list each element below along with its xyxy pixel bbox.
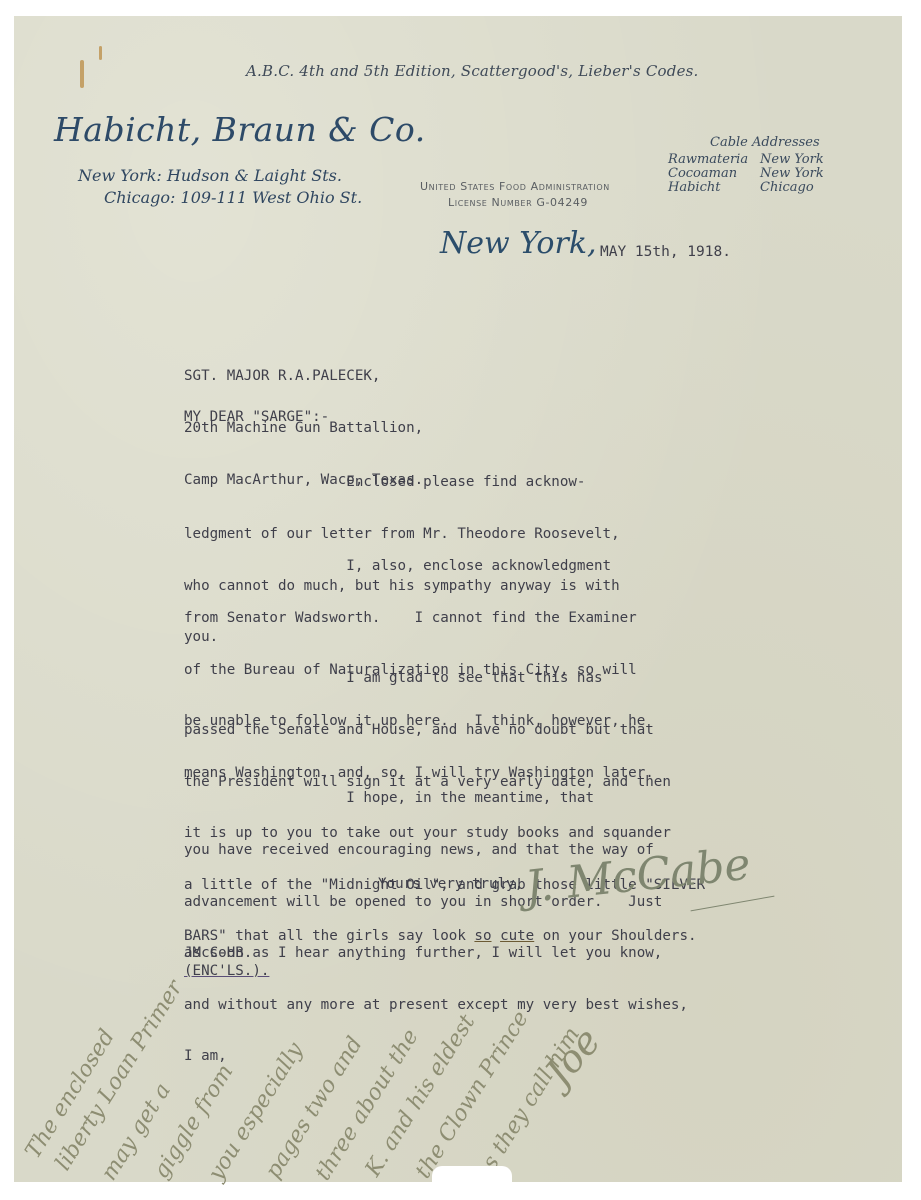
body-line: Enclosed please find acknow- <box>184 474 620 491</box>
reference-initials: JMcC-HB. <box>184 945 252 962</box>
complimentary-close: Yours very truly, <box>378 876 523 893</box>
cable-city: New York <box>760 152 824 167</box>
food-administration-line: United States Food Administration <box>420 180 610 193</box>
cable-name: Rawmateria <box>668 152 760 167</box>
cable-addresses-heading: Cable Addresses <box>710 135 820 150</box>
enclosures-notation: (ENC'LS.). <box>184 963 269 980</box>
paper-tear <box>432 1166 512 1186</box>
cable-city: New York <box>760 166 824 181</box>
body-line: I am glad to see that this has <box>184 670 705 687</box>
addressee-line: SGT. MAJOR R.A.PALECEK, <box>184 368 423 385</box>
cable-address-row: CocoamanNew York <box>668 166 824 181</box>
salutation: MY DEAR "SARGE":- <box>184 409 329 426</box>
firm-name: Habicht, Braun & Co. <box>54 110 426 149</box>
body-line: from Senator Wadsworth. I cannot find th… <box>184 610 654 627</box>
cable-name: Habicht <box>668 180 760 195</box>
telegraph-codes-line: A.B.C. 4th and 5th Edition, Scattergood'… <box>246 62 699 80</box>
body-line: as soon as I hear anything further, I wi… <box>184 945 688 962</box>
body-line: and without any more at present except m… <box>184 997 688 1014</box>
rust-stain <box>80 60 84 88</box>
cable-name: Cocoaman <box>668 166 760 181</box>
new-york-address: New York: Hudson & Laight Sts. <box>78 166 342 185</box>
cable-address-row: HabichtChicago <box>668 180 814 195</box>
cable-city: Chicago <box>760 180 814 195</box>
cable-address-row: RawmateriaNew York <box>668 152 824 167</box>
body-line: I hope, in the meantime, that <box>184 790 688 807</box>
license-number: License Number G-04249 <box>448 196 588 209</box>
body-line: passed the Senate and House, and have no… <box>184 722 705 739</box>
body-line: I, also, enclose acknowledgment <box>184 558 654 575</box>
rust-stain <box>99 46 102 60</box>
city-dateline: New York, <box>440 226 597 261</box>
paragraph-closing: I hope, in the meantime, that you have r… <box>184 756 688 1083</box>
letter-date: MAY 15th, 1918. <box>600 244 731 261</box>
chicago-address: Chicago: 109-111 West Ohio St. <box>104 188 362 207</box>
